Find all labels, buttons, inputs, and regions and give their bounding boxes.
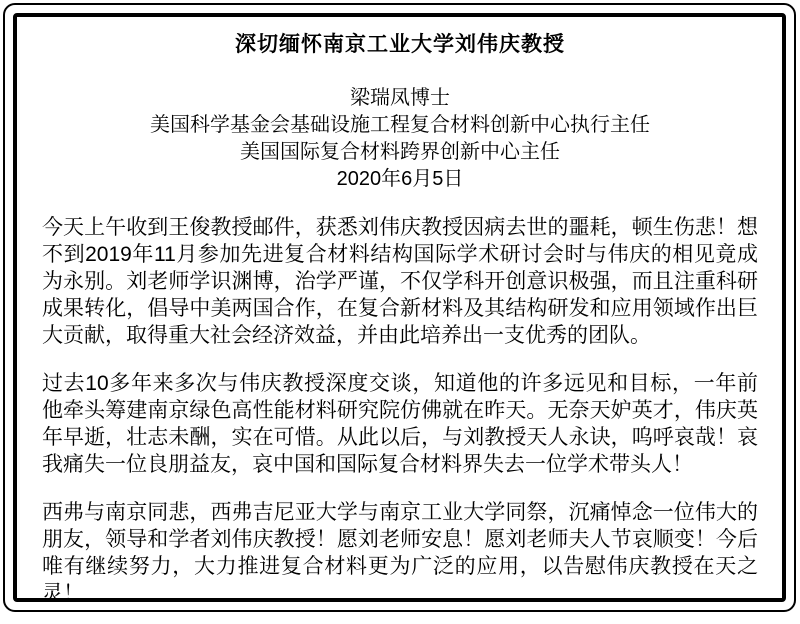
paragraph-2: 过去10多年来多次与伟庆教授深度交谈，知道他的许多远见和目标，一年前他牵头筹建南… <box>42 370 758 478</box>
byline-block: 梁瑞凤博士 美国科学基金会基础设施工程复合材料创新中心执行主任 美国国际复合材料… <box>42 85 758 193</box>
outer-border-frame: 深切缅怀南京工业大学刘伟庆教授 梁瑞凤博士 美国科学基金会基础设施工程复合材料创… <box>3 3 796 612</box>
document-content: 深切缅怀南京工业大学刘伟庆教授 梁瑞凤博士 美国科学基金会基础设施工程复合材料创… <box>17 17 782 598</box>
paragraph-3: 西弗与南京同悲，西弗吉尼亚大学与南京工业大学同祭，沉痛悼念一位伟大的朋友，领导和… <box>42 499 758 598</box>
memorial-document-page: 深切缅怀南京工业大学刘伟庆教授 梁瑞凤博士 美国科学基金会基础设施工程复合材料创… <box>0 0 800 624</box>
date-line: 2020年6月5日 <box>42 166 758 193</box>
body-text: 今天上午收到王俊教授邮件，获悉刘伟庆教授因病去世的噩耗，顿生伤悲！想不到2019… <box>42 214 758 598</box>
document-title: 深切缅怀南京工业大学刘伟庆教授 <box>42 31 758 58</box>
inner-border-frame: 深切缅怀南京工业大学刘伟庆教授 梁瑞凤博士 美国科学基金会基础设施工程复合材料创… <box>13 13 786 602</box>
paragraph-1: 今天上午收到王俊教授邮件，获悉刘伟庆教授因病去世的噩耗，顿生伤悲！想不到2019… <box>42 214 758 349</box>
author-name: 梁瑞凤博士 <box>42 85 758 112</box>
author-role-1: 美国科学基金会基础设施工程复合材料创新中心执行主任 <box>42 112 758 139</box>
author-role-2: 美国国际复合材料跨界创新中心主任 <box>42 139 758 166</box>
